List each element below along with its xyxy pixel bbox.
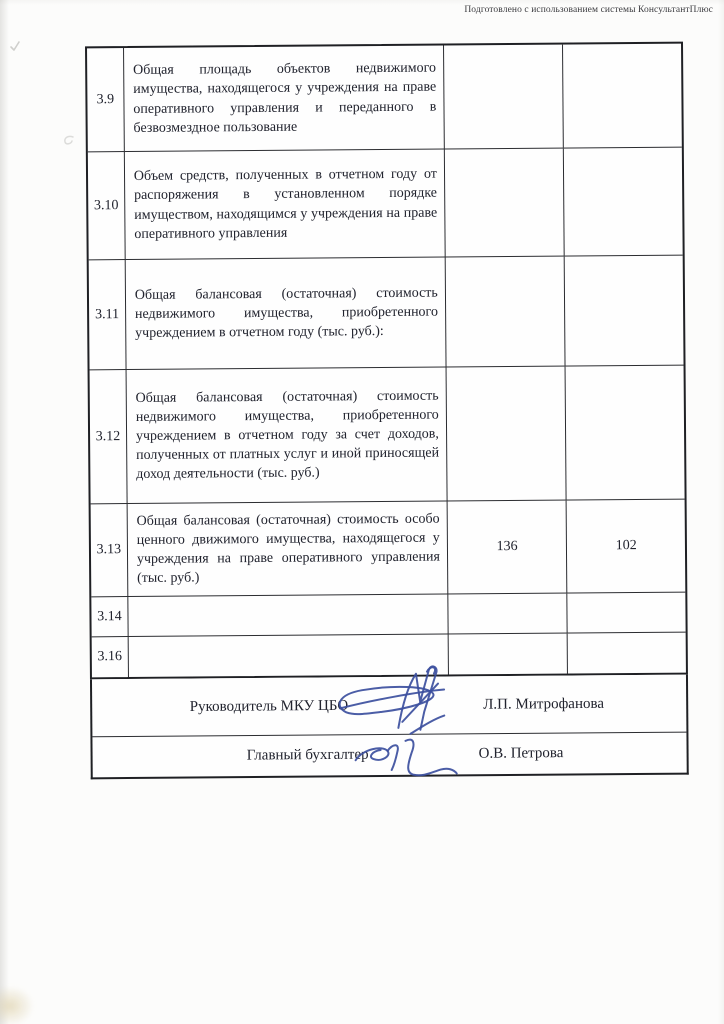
row-description-cell: Объем средств, полученных в отчетном год… <box>125 150 446 260</box>
row-description-cell: Общая балансовая (остаточная) стоимость … <box>126 368 447 504</box>
row-number: 3.10 <box>88 152 126 259</box>
row-description-cell: Общая площадь объектов недвижимого имуще… <box>124 46 445 152</box>
signature-ink-director <box>332 663 483 744</box>
value-end-of-year: 102 <box>567 500 685 593</box>
scan-artifact-smudge <box>0 986 34 1024</box>
scanned-document-page: { "page": { "watermark": "Подготовлено с… <box>0 0 724 1024</box>
value-end-of-year <box>568 593 686 633</box>
table-row: 3.12 Общая балансовая (остаточная) стоим… <box>90 366 685 505</box>
signature-title: Главный бухгалтер <box>93 747 369 766</box>
signature-row-director: Руководитель МКУ ЦБО Л.П. Митрофанова <box>92 675 686 738</box>
row-description: Общая балансовая (остаточная) стоимость … <box>137 510 441 589</box>
value-start-of-year: 136 <box>447 501 567 594</box>
signature-block: Руководитель МКУ ЦБО Л.П. Митрофанова Гл… <box>90 675 689 780</box>
value-end-of-year <box>566 366 685 500</box>
signature-row-accountant: Главный бухгалтер О.В. Петрова <box>92 733 686 778</box>
value-start-of-year <box>446 367 567 501</box>
signature-name: О.В. Петрова <box>479 745 564 763</box>
value-end-of-year <box>568 633 686 674</box>
report-table: 3.9 Общая площадь объектов недвижимого и… <box>85 42 688 680</box>
report-sheet: 3.9 Общая площадь объектов недвижимого и… <box>85 42 689 780</box>
scan-artifact-curl <box>62 134 76 146</box>
value-end-of-year <box>564 148 682 256</box>
table-row: 3.14 <box>91 593 685 638</box>
row-description <box>138 655 441 657</box>
consultantplus-watermark: Подготовлено с использованием системы Ко… <box>464 5 713 15</box>
row-description-cell <box>128 595 448 637</box>
row-description: Общая балансовая (остаточная) стоимость … <box>136 387 440 485</box>
row-number: 3.11 <box>89 260 127 369</box>
table-row: 3.11 Общая балансовая (остаточная) стоим… <box>89 256 684 371</box>
signature-title: Руководитель МКУ ЦБО <box>92 697 348 716</box>
row-description-cell: Общая балансовая (остаточная) стоимость … <box>126 258 447 370</box>
row-number: 3.9 <box>87 48 125 151</box>
value-end-of-year <box>563 44 681 148</box>
row-number: 3.16 <box>92 637 129 677</box>
row-description <box>137 614 440 616</box>
value-start-of-year <box>448 594 568 634</box>
row-number: 3.13 <box>91 504 129 596</box>
table-row: 3.13 Общая балансовая (остаточная) стоим… <box>91 500 686 598</box>
row-number: 3.12 <box>90 370 128 503</box>
row-description: Общая площадь объектов недвижимого имуще… <box>133 59 437 138</box>
value-start-of-year <box>445 149 565 257</box>
row-description-cell: Общая балансовая (остаточная) стоимость … <box>127 502 448 597</box>
row-description: Объем средств, полученных в отчетном год… <box>134 165 438 244</box>
signature-name: Л.П. Митрофанова <box>483 695 604 713</box>
scan-artifact-tick <box>9 40 21 52</box>
row-number: 3.14 <box>91 597 128 636</box>
value-end-of-year <box>565 256 683 366</box>
value-start-of-year <box>446 257 566 367</box>
table-row: 3.9 Общая площадь объектов недвижимого и… <box>87 44 682 153</box>
table-row: 3.10 Объем средств, полученных в отчетно… <box>88 148 683 261</box>
signature-ink-accountant <box>350 735 465 782</box>
row-description: Общая балансовая (остаточная) стоимость … <box>135 284 438 343</box>
value-start-of-year <box>444 45 564 149</box>
